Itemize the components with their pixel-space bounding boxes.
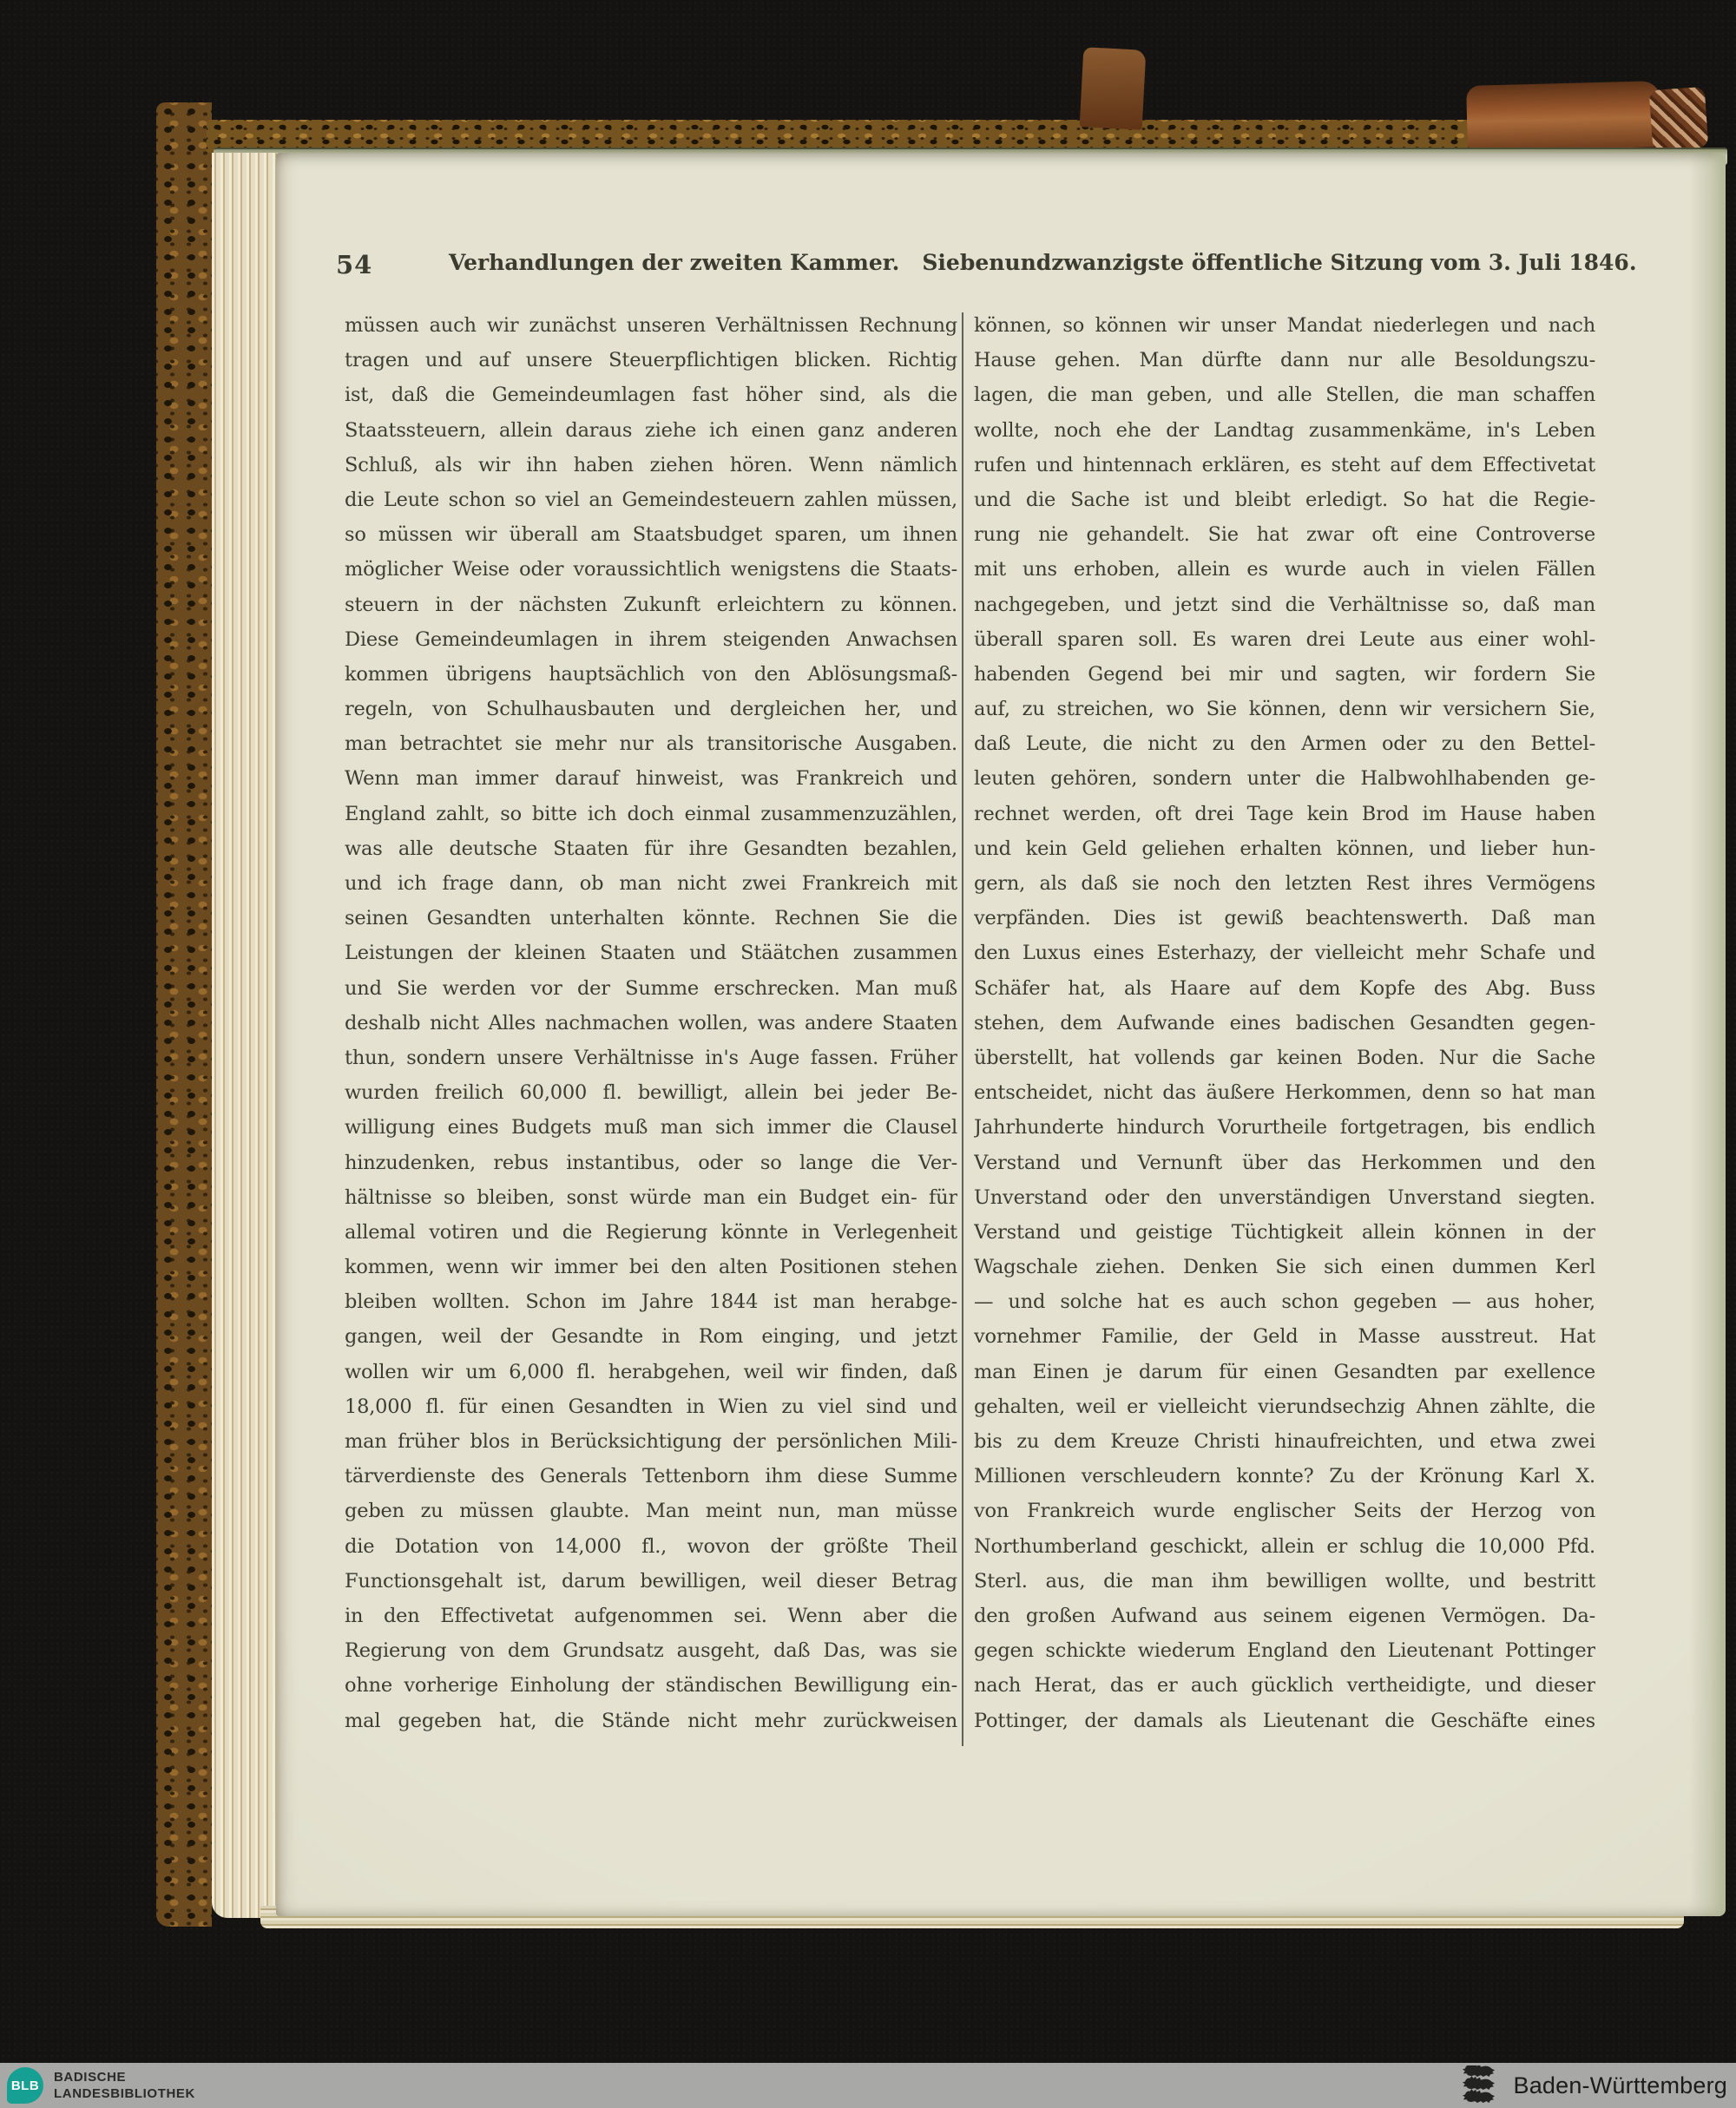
- text-line: vornehmer Familie, der Geld in Masse aus…: [974, 1319, 1595, 1354]
- text-line: Diese Gemeindeumlagen in ihrem steigende…: [345, 622, 957, 657]
- text-line: können, so können wir unser Mandat niede…: [974, 308, 1595, 343]
- text-line: Sterl. aus, die man ihm bewilligen wollt…: [974, 1564, 1595, 1599]
- text-line: wurden freilich 60,000 fl. bewilligt, al…: [345, 1075, 957, 1110]
- text-line: wollte, noch ehe der Landtag zusammenkäm…: [974, 413, 1595, 448]
- book-headband-leather: [1466, 81, 1662, 152]
- text-line: stehen, dem Aufwande eines badischen Ges…: [974, 1006, 1595, 1041]
- text-line: rechnet werden, oft drei Tage kein Brod …: [974, 797, 1595, 831]
- text-line: regeln, von Schulhausbauten und dergleic…: [345, 692, 957, 726]
- text-line: gangen, weil der Gesandte in Rom einging…: [345, 1319, 957, 1354]
- text-line: tragen und auf unsere Steuerpflichtigen …: [345, 343, 957, 378]
- text-line: bis zu dem Kreuze Christi hinaufreichten…: [974, 1424, 1595, 1459]
- text-line: man früher blos in Berücksichtigung der …: [345, 1424, 957, 1459]
- text-line: ohne vorherige Einholung der ständischen…: [345, 1668, 957, 1703]
- text-line: Schluß, als wir ihn haben ziehen hören. …: [345, 448, 957, 483]
- text-line: seinen Gesandten unterhalten könnte. Rec…: [345, 901, 957, 936]
- text-line: möglicher Weise oder voraussichtlich wen…: [345, 552, 957, 587]
- text-line: England zahlt, so bitte ich doch einmal …: [345, 797, 957, 831]
- text-line: gegen schickte wiederum England den Lieu…: [974, 1633, 1595, 1668]
- text-line: rung nie gehandelt. Sie hat zwar oft ein…: [974, 517, 1595, 552]
- text-line: kommen übrigens hauptsächlich von den Ab…: [345, 657, 957, 692]
- text-line: Wagschale ziehen. Denken Sie sich einen …: [974, 1250, 1595, 1284]
- text-line: Leistungen der kleinen Staaten und Stäät…: [345, 936, 957, 970]
- text-line: — und solche hat es auch schon gegeben —…: [974, 1284, 1595, 1319]
- text-line: ist, daß die Gemeindeumlagen fast höher …: [345, 378, 957, 412]
- text-line: Regierung von dem Grundsatz ausgeht, daß…: [345, 1633, 957, 1668]
- blb-logo-icon: BLB: [7, 2067, 43, 2104]
- text-line: so müssen wir überall am Staatsbudget sp…: [345, 517, 957, 552]
- text-column-right: können, so können wir unser Mandat niede…: [974, 308, 1595, 1738]
- text-line: mal gegeben hat, die Stände nicht mehr z…: [345, 1704, 957, 1738]
- page-number: 54: [336, 250, 372, 279]
- page-fore-edge: [1689, 153, 1726, 1916]
- text-line: und die Sache ist und bleibt erledigt. S…: [974, 483, 1595, 517]
- running-header-title: Verhandlungen der zweiten Kammer.: [449, 250, 899, 275]
- text-line: und kein Geld geliehen erhalten können, …: [974, 831, 1595, 866]
- text-line: deshalb nicht Alles nachmachen wollen, w…: [345, 1006, 957, 1041]
- page-header: 54 Verhandlungen der zweiten Kammer.Sieb…: [345, 250, 1595, 290]
- book-endband-coil: [1649, 87, 1709, 151]
- text-line: thun, sondern unsere Verhältnisse in's A…: [345, 1041, 957, 1075]
- text-line: Unverstand oder den unverständigen Unver…: [974, 1180, 1595, 1215]
- library-name-line1: BADISCHE: [54, 2069, 195, 2085]
- text-line: willigung eines Budgets muß man sich imm…: [345, 1110, 957, 1145]
- text-line: Hause gehen. Man dürfte dann nur alle Be…: [974, 343, 1595, 378]
- text-line: daß Leute, die nicht zu den Armen oder z…: [974, 726, 1595, 761]
- text-line: leuten gehören, sondern unter die Halbwo…: [974, 761, 1595, 796]
- text-line: Verstand und Vernunft über das Herkommen…: [974, 1146, 1595, 1180]
- text-line: überall sparen soll. Es waren drei Leute…: [974, 622, 1595, 657]
- library-name: BADISCHE LANDESBIBLIOTHEK: [54, 2069, 195, 2102]
- text-line: nach Herat, das er auch gücklich verthei…: [974, 1668, 1595, 1703]
- footer-branding-bar: BLB BADISCHE LANDESBIBLIOTHEK Baden-Würt…: [0, 2063, 1736, 2108]
- text-line: in den Effectivetat aufgenommen sei. Wen…: [345, 1599, 957, 1633]
- text-line: man betrachtet sie mehr nur als transito…: [345, 726, 957, 761]
- text-line: auf, zu streichen, wo Sie können, denn w…: [974, 692, 1595, 726]
- baden-wuerttemberg-coat-of-arms-icon: [1461, 2065, 1501, 2105]
- text-line: 18,000 fl. für einen Gesandten in Wien z…: [345, 1389, 957, 1424]
- text-line: wollen wir um 6,000 fl. herabgehen, weil…: [345, 1355, 957, 1389]
- text-line: habenden Gegend bei mir und sagten, wir …: [974, 657, 1595, 692]
- text-line: Pottinger, der damals als Lieutenant die…: [974, 1704, 1595, 1738]
- text-line: man Einen je darum für einen Gesandten p…: [974, 1355, 1595, 1389]
- state-name-label: Baden-Württemberg: [1513, 2072, 1727, 2099]
- column-divider-rule: [962, 312, 963, 1746]
- scan-viewport: 54 Verhandlungen der zweiten Kammer.Sieb…: [0, 0, 1736, 2108]
- text-line: den Luxus eines Esterhazy, der vielleich…: [974, 936, 1595, 970]
- text-line: und Sie werden vor der Summe erschrecken…: [345, 971, 957, 1006]
- text-line: allemal votiren und die Regierung könnte…: [345, 1215, 957, 1250]
- book-page: 54 Verhandlungen der zweiten Kammer.Sieb…: [276, 153, 1726, 1916]
- text-line: Northumberland geschickt, allein er schl…: [974, 1529, 1595, 1564]
- text-line: die Leute schon so viel an Gemeindesteue…: [345, 483, 957, 517]
- running-header: Verhandlungen der zweiten Kammer.Siebenu…: [449, 250, 1595, 275]
- text-line: müssen auch wir zunächst unseren Verhält…: [345, 308, 957, 343]
- text-line: geben zu müssen glaubte. Man meint nun, …: [345, 1494, 957, 1528]
- text-line: gern, als daß sie noch den letzten Rest …: [974, 866, 1595, 901]
- text-line: gehalten, weil er vielleicht vierundsech…: [974, 1389, 1595, 1424]
- text-line: rufen und hintennach erklären, es steht …: [974, 448, 1595, 483]
- text-line: Functionsgehalt ist, darum bewilligen, w…: [345, 1564, 957, 1599]
- text-line: entscheidet, nicht das äußere Herkommen,…: [974, 1075, 1595, 1110]
- text-line: überstellt, hat vollends gar keinen Bode…: [974, 1041, 1595, 1075]
- text-line: kommen, wenn wir immer bei den alten Pos…: [345, 1250, 957, 1284]
- text-line: hinzudenken, rebus instantibus, oder so …: [345, 1146, 957, 1180]
- book-spine-leather-tab: [1080, 47, 1147, 130]
- text-line: steuern in der nächsten Zukunft erleicht…: [345, 588, 957, 622]
- text-line: und ich frage dann, ob man nicht zwei Fr…: [345, 866, 957, 901]
- text-line: bleiben wollten. Schon im Jahre 1844 ist…: [345, 1284, 957, 1319]
- text-line: tärverdienste des Generals Tettenborn ih…: [345, 1459, 957, 1494]
- library-name-line2: LANDESBIBLIOTHEK: [54, 2085, 195, 2102]
- text-line: Jahrhunderte hindurch Vorurtheile fortge…: [974, 1110, 1595, 1145]
- running-header-session: Siebenundzwanzigste öffentliche Sitzung …: [922, 250, 1636, 275]
- text-line: lagen, die man geben, und alle Stellen, …: [974, 378, 1595, 412]
- text-line: Verstand und geistige Tüchtigkeit allein…: [974, 1215, 1595, 1250]
- text-line: den großen Aufwand aus seinem eigenen Ve…: [974, 1599, 1595, 1633]
- text-line: Schäfer hat, als Haare auf dem Kopfe des…: [974, 971, 1595, 1006]
- text-line: verpfänden. Dies ist gewiß beachtenswert…: [974, 901, 1595, 936]
- text-line: die Dotation von 14,000 fl., wovon der g…: [345, 1529, 957, 1564]
- text-column-left: müssen auch wir zunächst unseren Verhält…: [345, 308, 957, 1738]
- text-line: Wenn man immer darauf hinweist, was Fran…: [345, 761, 957, 796]
- text-line: hältnisse so bleiben, sonst würde man ei…: [345, 1180, 957, 1215]
- blb-logo-abbr: BLB: [11, 2078, 39, 2093]
- text-line: Millionen verschleudern konnte? Zu der K…: [974, 1459, 1595, 1494]
- book-cover-edge-left: [156, 102, 212, 1927]
- state-brand: Baden-Württemberg: [1461, 2063, 1727, 2108]
- text-line: Staatssteuern, allein daraus ziehe ich e…: [345, 413, 957, 448]
- text-line: von Frankreich wurde englischer Seits de…: [974, 1494, 1595, 1528]
- text-line: was alle deutsche Staaten für ihre Gesan…: [345, 831, 957, 866]
- text-line: mit uns erhoben, allein es wurde auch in…: [974, 552, 1595, 587]
- text-line: nachgegeben, und jetzt sind die Verhältn…: [974, 588, 1595, 622]
